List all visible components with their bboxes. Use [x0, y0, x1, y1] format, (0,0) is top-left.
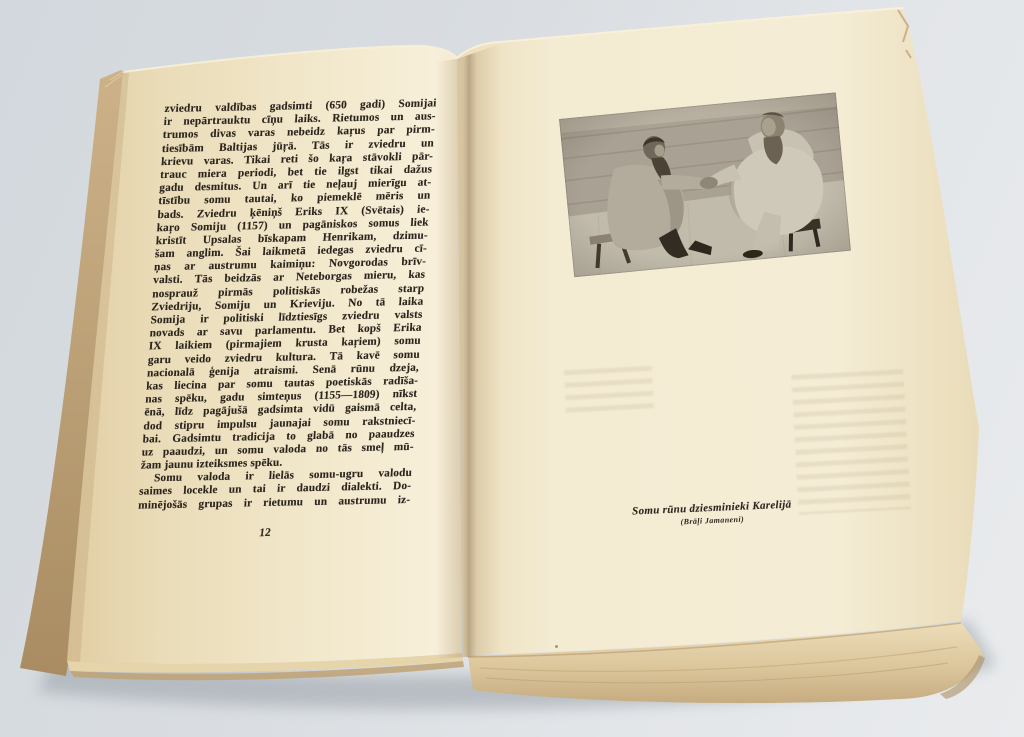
photo-vignette [559, 92, 851, 277]
left-page-text-block: zviedru valdības gadsimti (650 gadi) Som… [138, 97, 437, 512]
show-through-text [791, 369, 910, 515]
page-number: 12 [248, 526, 282, 539]
rune-singers-photo [559, 92, 851, 277]
gutter-shading [436, 44, 505, 659]
open-book-photograph: zviedru valdības gadsimti (650 gadi) Som… [0, 0, 1024, 737]
show-through-text [564, 366, 654, 417]
paper-speck [555, 645, 558, 648]
